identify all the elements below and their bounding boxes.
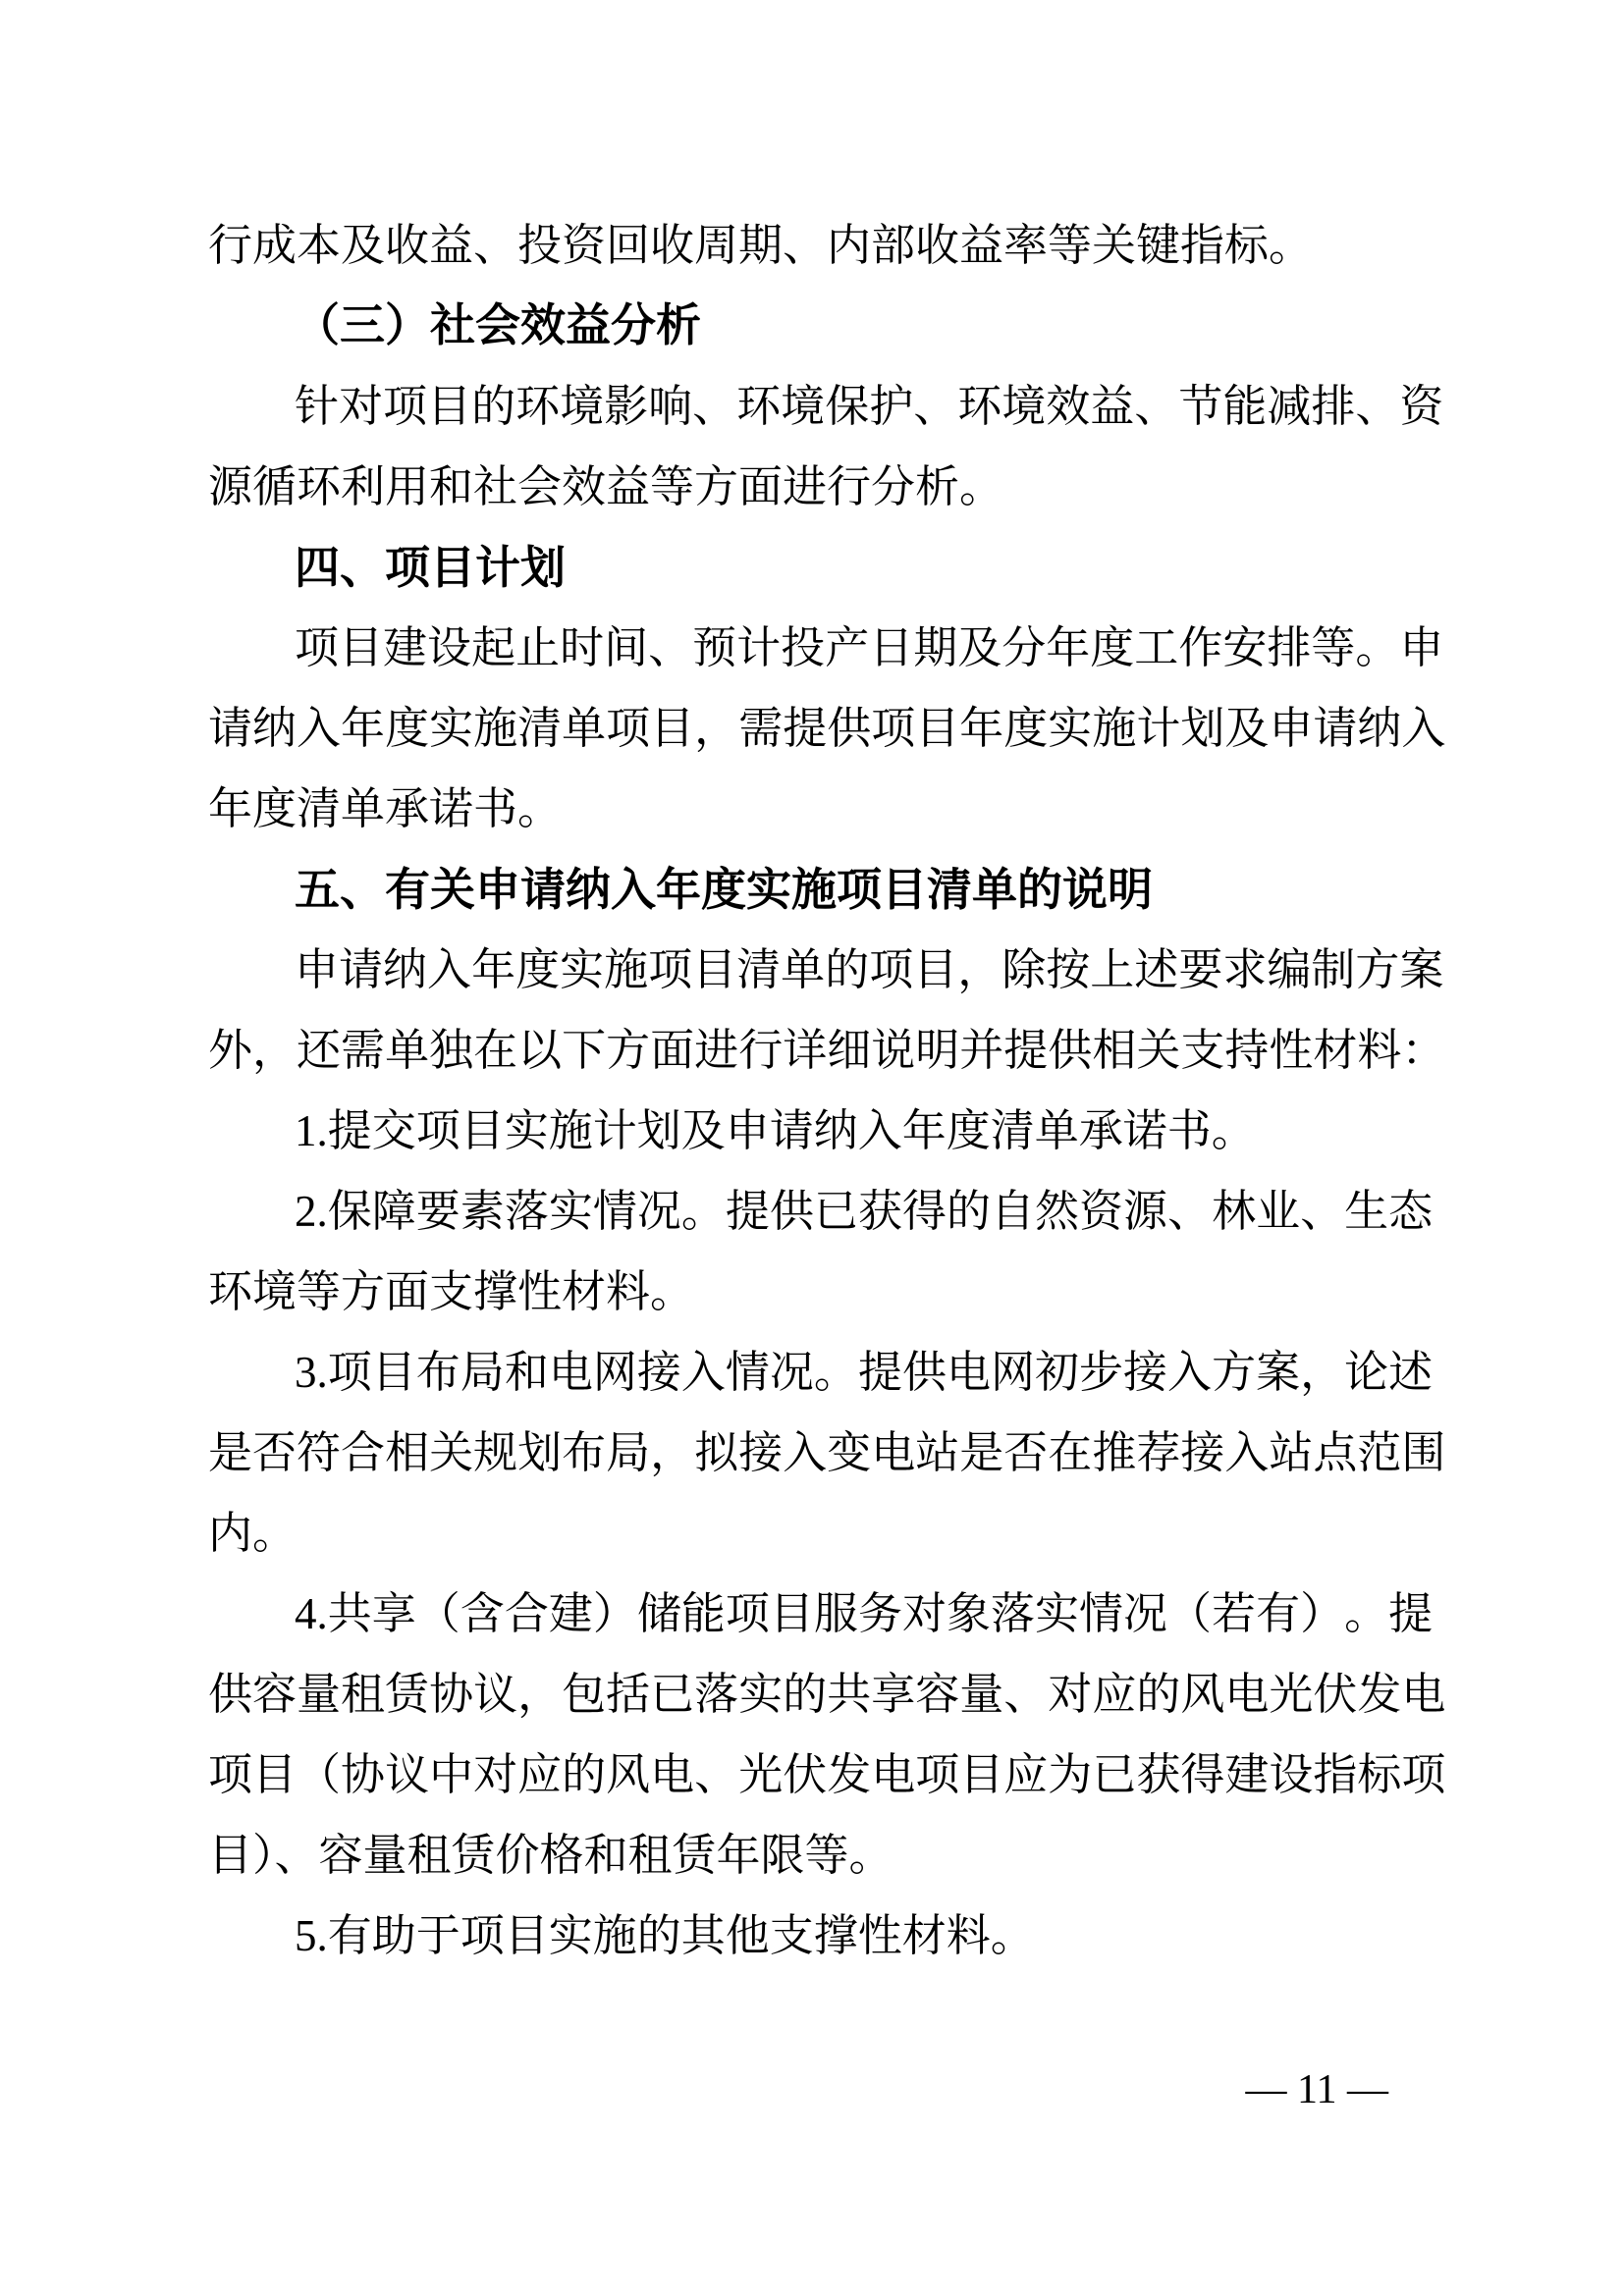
text-line: 1.提交项目实施计划及申请纳入年度清单承诺书。 bbox=[208, 1091, 1419, 1171]
section-heading: 五、有关申请纳入年度实施项目清单的说明 bbox=[208, 849, 1419, 930]
text-line: 源循环利用和社会效益等方面进行分析。 bbox=[208, 447, 1419, 527]
section-heading: 四、项目计划 bbox=[208, 527, 1419, 608]
text-line: 4.共享（含合建）储能项目服务对象落实情况（若有）。提 bbox=[208, 1574, 1419, 1654]
text-line: 项目建设起止时间、预计投产日期及分年度工作安排等。申 bbox=[208, 608, 1419, 688]
text-line: 内。 bbox=[208, 1493, 1419, 1574]
text-line: 年度清单承诺书。 bbox=[208, 769, 1419, 849]
text-line: 2.保障要素落实情况。提供已获得的自然资源、林业、生态 bbox=[208, 1171, 1419, 1252]
section-heading: （三）社会效益分析 bbox=[208, 286, 1419, 366]
text-line: 3.项目布局和电网接入情况。提供电网初步接入方案，论述 bbox=[208, 1332, 1419, 1413]
text-line: 请纳入年度实施清单项目，需提供项目年度实施计划及申请纳入 bbox=[208, 688, 1419, 769]
text-line: 项目（协议中对应的风电、光伏发电项目应为已获得建设指标项 bbox=[208, 1735, 1419, 1815]
document-page: 行成本及收益、投资回收周期、内部收益率等关键指标。（三）社会效益分析针对项目的环… bbox=[0, 0, 1624, 2296]
text-line: 目）、容量租赁价格和租赁年限等。 bbox=[208, 1815, 1419, 1896]
document-body: 行成本及收益、投资回收周期、内部收益率等关键指标。（三）社会效益分析针对项目的环… bbox=[208, 205, 1419, 1976]
text-line: 针对项目的环境影响、环境保护、环境效益、节能减排、资 bbox=[208, 366, 1419, 447]
text-line: 5.有助于项目实施的其他支撑性材料。 bbox=[208, 1896, 1419, 1976]
text-line: 是否符合相关规划布局，拟接入变电站是否在推荐接入站点范围 bbox=[208, 1413, 1419, 1493]
text-line: 行成本及收益、投资回收周期、内部收益率等关键指标。 bbox=[208, 205, 1419, 286]
text-line: 环境等方面支撑性材料。 bbox=[208, 1252, 1419, 1332]
page-number: — 11 — bbox=[1246, 2062, 1388, 2117]
text-line: 供容量租赁协议，包括已落实的共享容量、对应的风电光伏发电 bbox=[208, 1654, 1419, 1735]
text-line: 外，还需单独在以下方面进行详细说明并提供相关支持性材料： bbox=[208, 1010, 1419, 1091]
text-line: 申请纳入年度实施项目清单的项目，除按上述要求编制方案 bbox=[208, 930, 1419, 1010]
